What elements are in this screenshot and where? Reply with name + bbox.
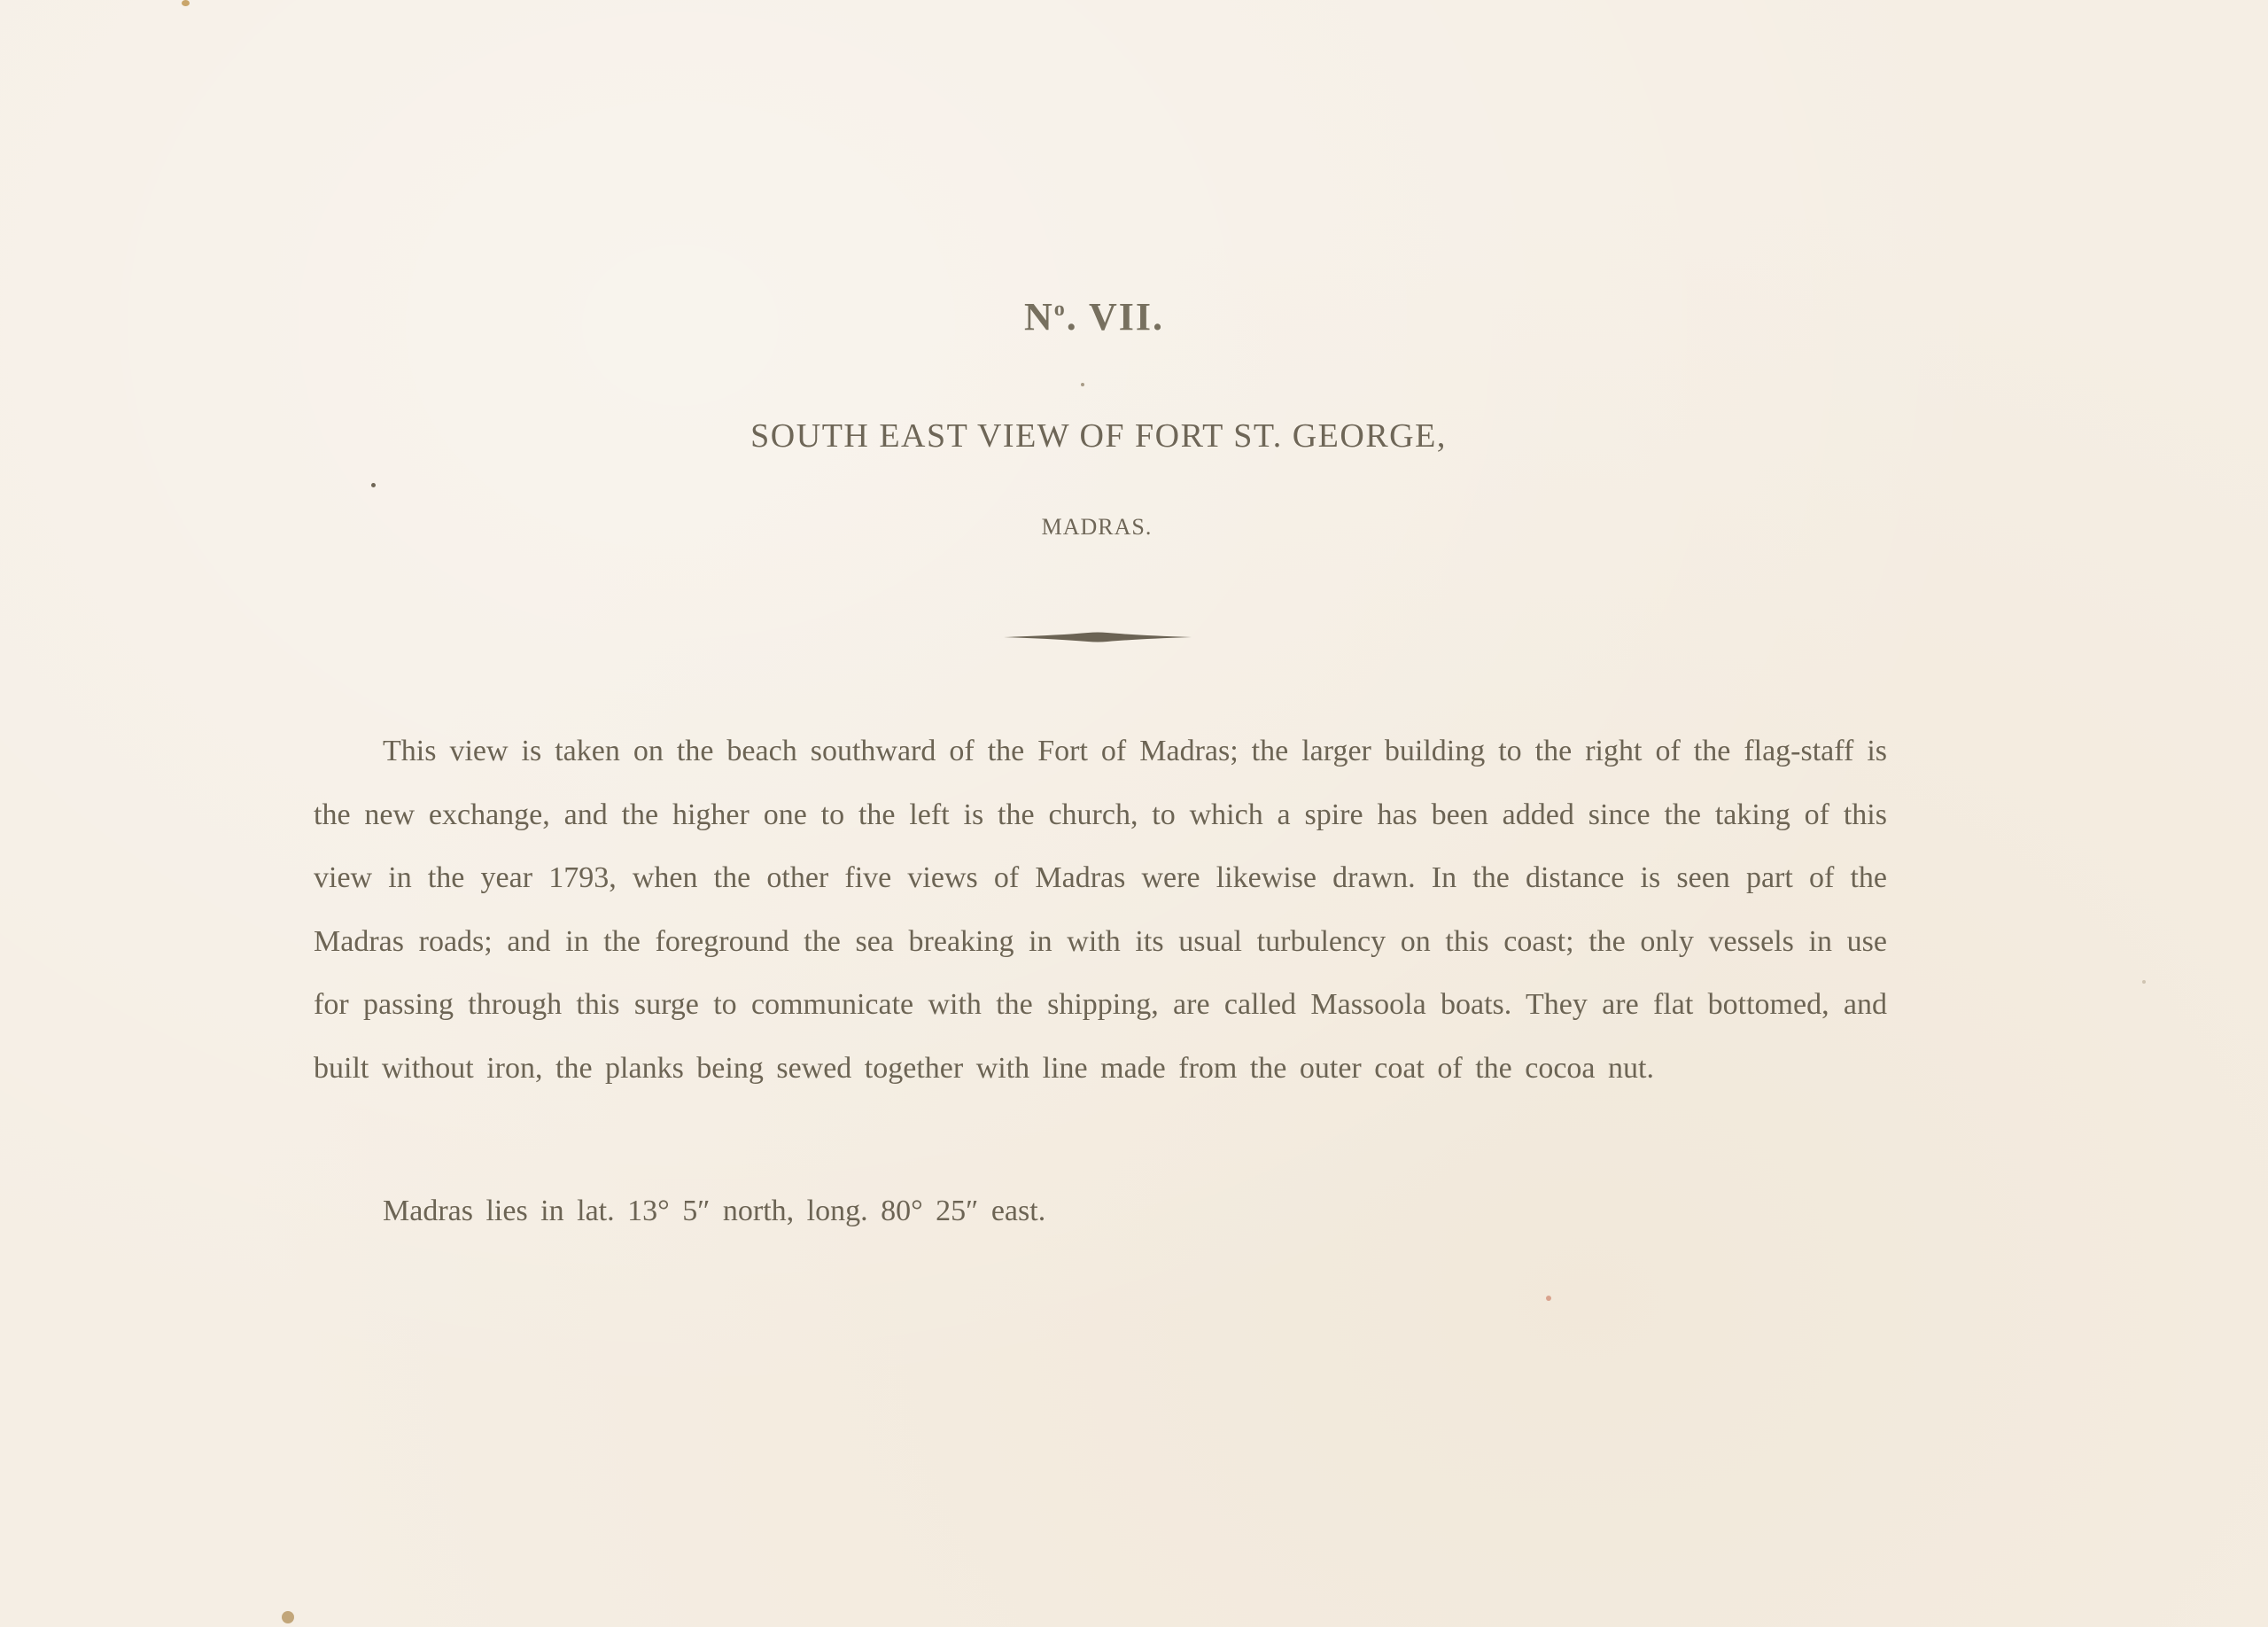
- plate-number-numeral: . VII.: [1067, 295, 1164, 339]
- plate-number-prefix: N: [1024, 295, 1054, 339]
- plate-number: No. VII.: [0, 294, 2188, 339]
- foxing-speck: [182, 0, 190, 6]
- foxing-speck: [371, 483, 376, 487]
- body-paragraph-text: This view is taken on the beach southwar…: [314, 720, 1887, 1100]
- page-subtitle: MADRAS.: [0, 514, 2194, 541]
- foxing-speck: [1546, 1296, 1551, 1301]
- plate-number-ordinal: o: [1054, 298, 1067, 321]
- ornament-rule-icon: [1004, 631, 1192, 643]
- foxing-speck: [282, 1611, 294, 1623]
- page-title: SOUTH EAST VIEW OF FORT ST. GEORGE,: [0, 416, 2197, 455]
- coordinates-note: Madras lies in lat. 13° 5″ north, long. …: [383, 1195, 1045, 1228]
- body-paragraph: This view is taken on the beach southwar…: [314, 720, 1887, 1100]
- foxing-speck: [2142, 980, 2146, 984]
- foxing-speck: [1081, 383, 1084, 386]
